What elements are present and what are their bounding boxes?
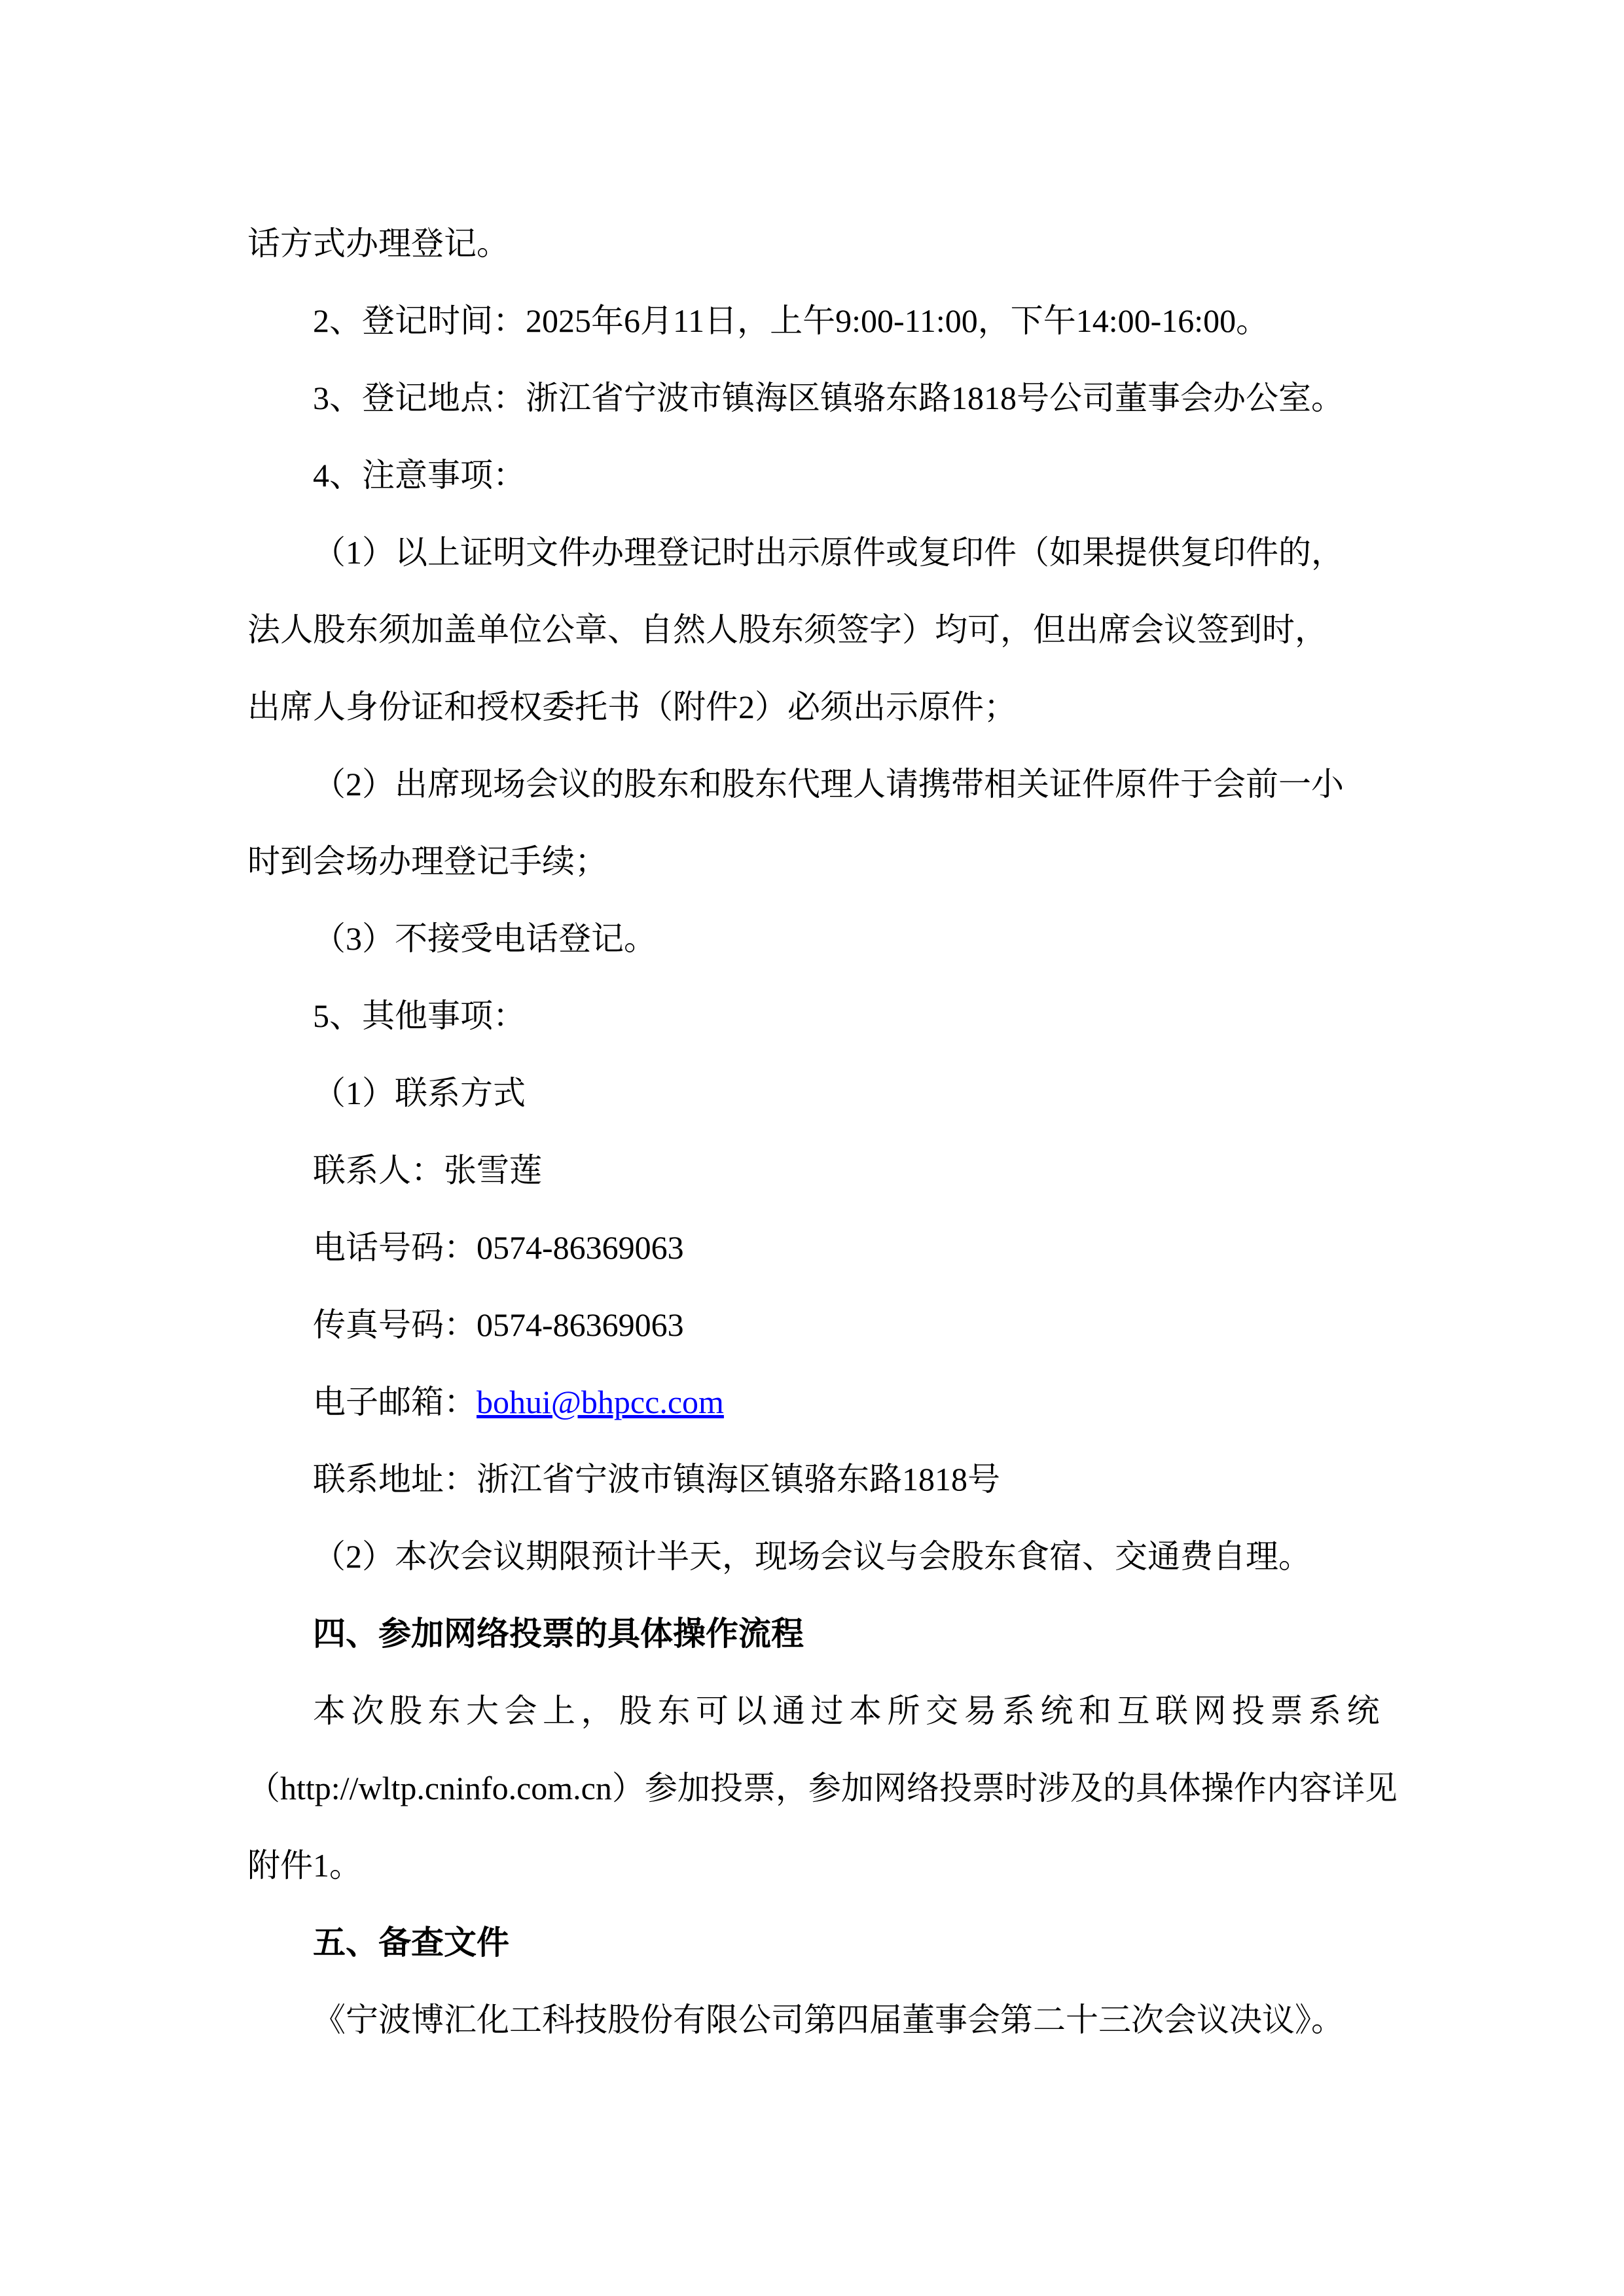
network-voting-line3: 附件1。 — [247, 1827, 1386, 1904]
email-link[interactable]: bohui@bhpcc.com — [477, 1384, 724, 1420]
other-items-heading-line: 5、其他事项： — [247, 977, 1386, 1054]
document-body: 话方式办理登记。 2、登记时间：2025年6月11日，上午9:00-11:00，… — [247, 205, 1386, 2058]
notes-heading-line: 4、注意事项： — [247, 437, 1386, 514]
contact-method-line: （1）联系方式 — [247, 1054, 1386, 1132]
note3-line: （3）不接受电话登记。 — [247, 900, 1386, 977]
registration-location-line: 3、登记地点：浙江省宁波市镇海区镇骆东路1818号公司董事会办公室。 — [247, 359, 1386, 437]
email-line: 电子邮箱：bohui@bhpcc.com — [247, 1363, 1386, 1441]
section5-heading-reference-documents: 五、备查文件 — [247, 1904, 1386, 1981]
fax-number-line: 传真号码：0574-86369063 — [247, 1286, 1386, 1363]
note1-line3: 出席人身份证和授权委托书（附件2）必须出示原件； — [247, 668, 1386, 745]
section4-heading-network-voting: 四、参加网络投票的具体操作流程 — [247, 1595, 1386, 1672]
registration-time-line: 2、登记时间：2025年6月11日，上午9:00-11:00，下午14:00-1… — [247, 282, 1386, 359]
note2-line2: 时到会场办理登记手续； — [247, 823, 1386, 900]
phone-number-line: 电话号码：0574-86369063 — [247, 1209, 1386, 1286]
note1-line1: （1）以上证明文件办理登记时出示原件或复印件（如果提供复印件的， — [247, 514, 1386, 591]
meeting-duration-line: （2）本次会议期限预计半天，现场会议与会股东食宿、交通费自理。 — [247, 1518, 1386, 1595]
note2-line1: （2）出席现场会议的股东和股东代理人请携带相关证件原件于会前一小 — [247, 745, 1386, 823]
contact-address-line: 联系地址：浙江省宁波市镇海区镇骆东路1818号 — [247, 1441, 1386, 1518]
reference-document-line: 《宁波博汇化工科技股份有限公司第四届董事会第二十三次会议决议》。 — [247, 1981, 1386, 2058]
email-label: 电子邮箱： — [313, 1384, 477, 1420]
network-voting-line1: 本次股东大会上，股东可以通过本所交易系统和互联网投票系统 — [247, 1672, 1386, 1749]
network-voting-line2: （http://wltp.cninfo.com.cn）参加投票，参加网络投票时涉… — [247, 1749, 1386, 1827]
document-page: 话方式办理登记。 2、登记时间：2025年6月11日，上午9:00-11:00，… — [0, 0, 1624, 2296]
registration-method-continuation-line: 话方式办理登记。 — [247, 205, 1386, 282]
note1-line2: 法人股东须加盖单位公章、自然人股东须签字）均可，但出席会议签到时， — [247, 591, 1386, 668]
contact-person-line: 联系人：张雪莲 — [247, 1132, 1386, 1209]
